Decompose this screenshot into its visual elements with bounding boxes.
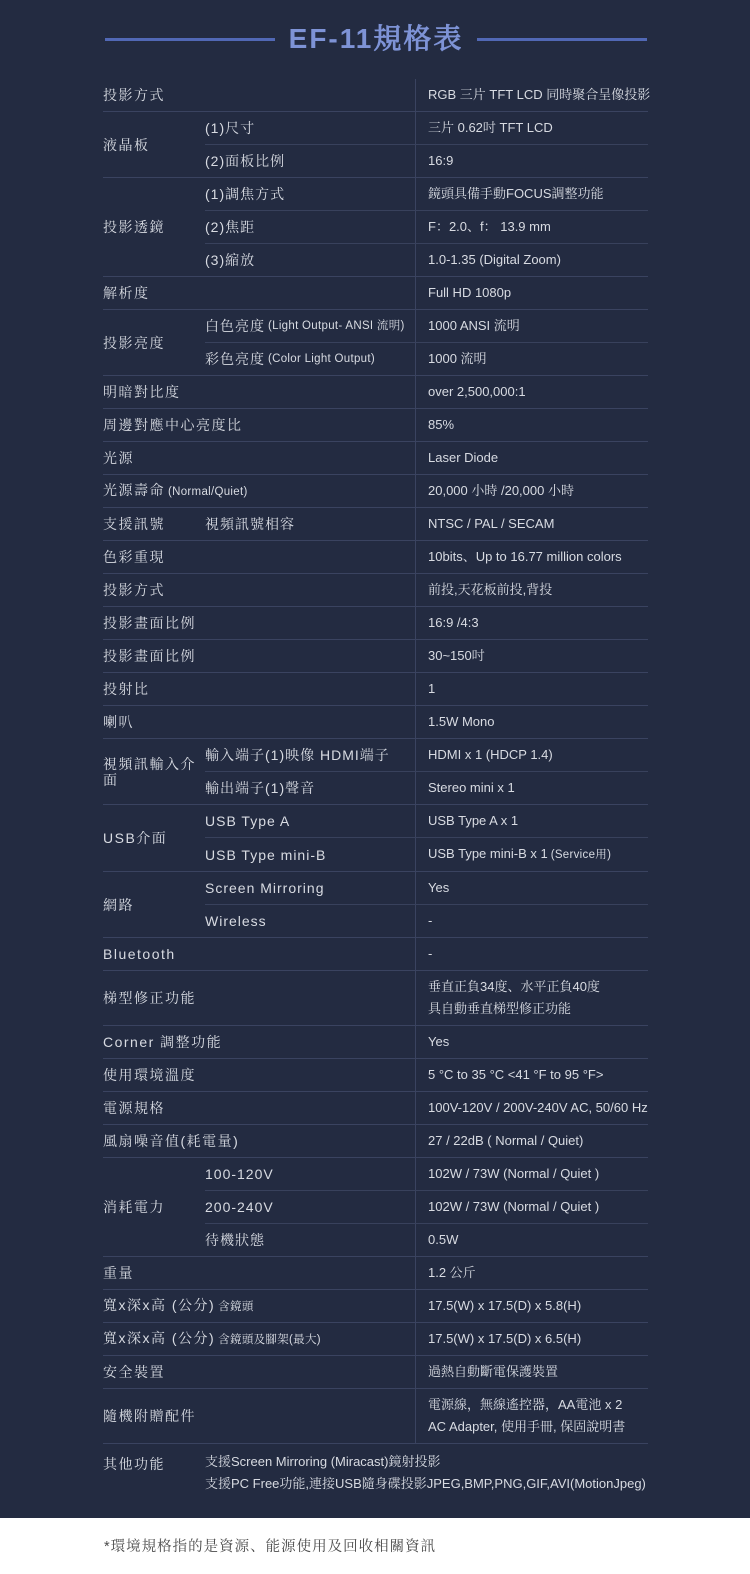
row-label-text-wrap: 支援訊號: [103, 516, 165, 532]
row-label-text: 寬x深x高 (公分): [103, 1297, 215, 1313]
value-main: Stereo mini x 1: [428, 780, 515, 795]
row-label-text-wrap: 風扇噪音值(耗電量): [103, 1133, 239, 1149]
value-text: 1.2 公斤: [428, 1265, 648, 1281]
spec-group: 色彩重現10bits、Up to 16.77 million colors: [103, 541, 648, 574]
table-row: (1)調焦方式鏡頭具備手動FOCUS調整功能: [205, 178, 648, 210]
value-cell: 0.5W: [415, 1224, 648, 1256]
row-label-text: Corner 調整功能: [103, 1034, 222, 1050]
row-label-text: 支援訊號: [103, 516, 165, 532]
row-label: 梯型修正功能: [103, 971, 415, 1025]
row-label: 喇叭: [103, 706, 415, 738]
value-main: 1: [428, 681, 435, 696]
table-row: (1)尺寸三片 0.62吋 TFT LCD: [205, 112, 648, 144]
row-label-text-wrap: 隨機附贈配件: [103, 1408, 196, 1424]
group-rows: 1.2 公斤: [415, 1257, 648, 1289]
value-text: 102W / 73W (Normal / Quiet ): [428, 1166, 648, 1182]
value-main: Yes: [428, 880, 449, 895]
spec-table: 投影方式RGB 三片 TFT LCD 同時聚合呈像投影液晶板(1)尺寸三片 0.…: [103, 79, 648, 1444]
sub-label: 白色亮度(Light Output- ANSI 流明): [205, 310, 415, 342]
value-main: 30~150吋: [428, 648, 485, 663]
table-row: (2)焦距F：2.0、f： 13.9 mm: [205, 210, 648, 243]
row-label-text-wrap: 重量: [103, 1265, 134, 1281]
table-row: (2)面板比例16:9: [205, 144, 648, 177]
value-main: 10bits、Up to 16.77 million colors: [428, 549, 622, 564]
row-label: 光源壽命(Normal/Quiet): [103, 475, 415, 507]
spec-group: 光源Laser Diode: [103, 442, 648, 475]
value-main: Full HD 1080p: [428, 285, 511, 300]
spec-group: 支援訊號視頻訊號相容NTSC / PAL / SECAM: [103, 508, 648, 541]
table-row: USB Type mini-BUSB Type mini-B x 1(Servi…: [205, 837, 648, 871]
value-cell: 1000 流明: [415, 343, 648, 375]
row-label-text: 網路: [103, 897, 134, 913]
row-label: 色彩重現: [103, 541, 415, 573]
row-label: 支援訊號: [103, 508, 205, 540]
sub-label-text: 輸入端子(1)映像 HDMI端子: [205, 747, 390, 763]
row-label-text: 視頻訊輸入介面: [103, 756, 196, 788]
row-label: 寬x深x高 (公分)含鏡頭: [103, 1290, 415, 1322]
value-main: 27 / 22dB ( Normal / Quiet): [428, 1133, 583, 1148]
row-label: USB介面: [103, 805, 205, 871]
value-cell: NTSC / PAL / SECAM: [415, 508, 648, 540]
table-row: 待機狀態0.5W: [205, 1223, 648, 1256]
value-text: HDMI x 1 (HDCP 1.4): [428, 747, 648, 763]
spec-group: 投影亮度白色亮度(Light Output- ANSI 流明)1000 ANSI…: [103, 310, 648, 376]
table-row: 過熱自動斷電保護裝置: [415, 1356, 648, 1388]
value-text: 10bits、Up to 16.77 million colors: [428, 549, 648, 565]
spec-group: 電源規格100V-120V / 200V-240V AC, 50/60 Hz: [103, 1092, 648, 1125]
value-main: HDMI x 1 (HDCP 1.4): [428, 747, 553, 762]
other-feature-line: 支援PC Free功能,連接USB隨身碟投影JPEG,BMP,PNG,GIF,A…: [205, 1473, 648, 1495]
value-cell: Yes: [415, 1026, 648, 1058]
group-rows: 1: [415, 673, 648, 705]
sub-label: (2)焦距: [205, 211, 415, 243]
row-label-text: 解析度: [103, 285, 150, 301]
table-row: 電源線，無線遙控器，AA電池 x 2AC Adapter, 使用手冊, 保固說明…: [415, 1389, 648, 1443]
value-main: 20,000 小時 /20,000 小時: [428, 483, 574, 498]
value-text: Stereo mini x 1: [428, 780, 648, 796]
group-rows: 100V-120V / 200V-240V AC, 50/60 Hz: [415, 1092, 648, 1124]
sub-label-text: 待機狀態: [205, 1232, 265, 1248]
value-text: 30~150吋: [428, 648, 648, 664]
value-cell: 鏡頭具備手動FOCUS調整功能: [415, 178, 648, 210]
value-cell: 20,000 小時 /20,000 小時: [415, 475, 648, 507]
value-text: 1: [428, 681, 648, 697]
row-label-text-wrap: 投影方式: [103, 87, 165, 103]
table-row: 17.5(W) x 17.5(D) x 6.5(H): [415, 1323, 648, 1355]
value-cell: 1.0-1.35 (Digital Zoom): [415, 244, 648, 276]
row-label-text-wrap: 梯型修正功能: [103, 990, 196, 1006]
value-cell: Full HD 1080p: [415, 277, 648, 309]
value-cell: 27 / 22dB ( Normal / Quiet): [415, 1125, 648, 1157]
value-text: 0.5W: [428, 1232, 648, 1248]
table-row: RGB 三片 TFT LCD 同時聚合呈像投影: [415, 79, 650, 111]
value-cell: USB Type A x 1: [415, 805, 648, 837]
other-features-label: 其他功能: [103, 1451, 205, 1495]
table-row: USB Type AUSB Type A x 1: [205, 805, 648, 837]
row-label-text: 隨機附贈配件: [103, 1408, 196, 1424]
group-rows: 視頻訊號相容NTSC / PAL / SECAM: [205, 508, 648, 540]
value-cell: 100V-120V / 200V-240V AC, 50/60 Hz: [415, 1092, 648, 1124]
spec-group: 投影畫面比例30~150吋: [103, 640, 648, 673]
spec-group: USB介面USB Type AUSB Type A x 1USB Type mi…: [103, 805, 648, 872]
value-text: 16:9: [428, 153, 648, 169]
value-cell: 前投,天花板前投,背投: [415, 574, 648, 606]
value-main: 85%: [428, 417, 454, 432]
row-label-text: 明暗對比度: [103, 384, 181, 400]
value-main: USB Type A x 1: [428, 813, 518, 828]
value-main: -: [428, 913, 432, 928]
sub-label-small: (Color Light Output): [268, 351, 375, 367]
row-label-text: 重量: [103, 1265, 134, 1281]
value-text: over 2,500,000:1: [428, 384, 648, 400]
value-main: 17.5(W) x 17.5(D) x 5.8(H): [428, 1298, 581, 1313]
row-label-text: 投影方式: [103, 582, 165, 598]
group-rows: 20,000 小時 /20,000 小時: [415, 475, 648, 507]
spec-group: Corner 調整功能Yes: [103, 1026, 648, 1059]
row-label: 風扇噪音值(耗電量): [103, 1125, 415, 1157]
group-rows: 電源線，無線遙控器，AA電池 x 2AC Adapter, 使用手冊, 保固說明…: [415, 1389, 648, 1443]
spec-group: 投影畫面比例16:9 /4:3: [103, 607, 648, 640]
value-cell: Laser Diode: [415, 442, 648, 474]
row-label-text-wrap: 色彩重現: [103, 549, 165, 565]
value-text: 鏡頭具備手動FOCUS調整功能: [428, 186, 648, 202]
row-label-text: 投影透鏡: [103, 219, 165, 235]
group-rows: Full HD 1080p: [415, 277, 648, 309]
row-label-small: 含鏡頭及腳架(最大): [218, 1334, 321, 1346]
group-rows: RGB 三片 TFT LCD 同時聚合呈像投影: [415, 79, 650, 111]
group-rows: 30~150吋: [415, 640, 648, 672]
value-cell: 16:9: [415, 145, 648, 177]
group-rows: 輸入端子(1)映像 HDMI端子HDMI x 1 (HDCP 1.4)輸出端子(…: [205, 739, 648, 804]
row-label-text: 喇叭: [103, 714, 134, 730]
row-label: 網路: [103, 872, 205, 937]
value-text: 16:9 /4:3: [428, 615, 648, 631]
value-text-line2: 具自動垂直梯型修正功能: [428, 1001, 648, 1017]
value-text: 1.5W Mono: [428, 714, 648, 730]
row-label-text: 梯型修正功能: [103, 990, 196, 1006]
group-rows: 27 / 22dB ( Normal / Quiet): [415, 1125, 648, 1157]
sub-label-text: (2)焦距: [205, 219, 255, 235]
row-label: 安全裝置: [103, 1356, 415, 1388]
sub-label: Screen Mirroring: [205, 872, 415, 904]
value-cell: 1.2 公斤: [415, 1257, 648, 1289]
group-rows: 100-120V102W / 73W (Normal / Quiet )200-…: [205, 1158, 648, 1256]
value-main: 前投,天花板前投,背投: [428, 582, 552, 597]
row-label-text: 投影畫面比例: [103, 615, 196, 631]
value-main: USB Type mini-B x 1: [428, 846, 548, 861]
sub-label: (2)面板比例: [205, 145, 415, 177]
value-text: 27 / 22dB ( Normal / Quiet): [428, 1133, 648, 1149]
row-label-text: 投影畫面比例: [103, 648, 196, 664]
spec-group: 消耗電力100-120V102W / 73W (Normal / Quiet )…: [103, 1158, 648, 1257]
value-text: 1000 ANSI 流明: [428, 318, 648, 334]
row-label: 消耗電力: [103, 1158, 205, 1256]
value-main: 三片 0.62吋 TFT LCD: [428, 120, 553, 135]
row-label-small: (Normal/Quiet): [168, 486, 248, 498]
value-text: NTSC / PAL / SECAM: [428, 516, 648, 532]
value-text: -: [428, 913, 648, 929]
spec-group: 風扇噪音值(耗電量)27 / 22dB ( Normal / Quiet): [103, 1125, 648, 1158]
table-row: 30~150吋: [415, 640, 648, 672]
sub-label-text: 彩色亮度: [205, 351, 265, 367]
row-label-text-wrap: 消耗電力: [103, 1199, 165, 1215]
value-cell: 1.5W Mono: [415, 706, 648, 738]
row-label: 視頻訊輸入介面: [103, 739, 205, 804]
table-row: 輸入端子(1)映像 HDMI端子HDMI x 1 (HDCP 1.4): [205, 739, 648, 771]
value-cell: 三片 0.62吋 TFT LCD: [415, 112, 648, 144]
group-rows: 85%: [415, 409, 648, 441]
value-text: 1000 流明: [428, 351, 648, 367]
spec-group: 周邊對應中心亮度比85%: [103, 409, 648, 442]
row-label: 投影亮度: [103, 310, 205, 375]
sub-label-text: 白色亮度: [205, 318, 265, 334]
sub-label-text: (1)尺寸: [205, 120, 255, 136]
row-label-small: 含鏡頭: [218, 1301, 253, 1313]
value-main: 1.2 公斤: [428, 1265, 476, 1280]
value-main: 垂直正負34度、水平正負40度: [428, 979, 600, 994]
row-label-text-wrap: 投影透鏡: [103, 219, 165, 235]
row-label: 投影方式: [103, 79, 415, 111]
value-text: RGB 三片 TFT LCD 同時聚合呈像投影: [428, 87, 650, 103]
sub-label: 100-120V: [205, 1158, 415, 1190]
sub-label-text: Screen Mirroring: [205, 880, 324, 896]
table-row: (3)縮放1.0-1.35 (Digital Zoom): [205, 243, 648, 276]
row-label-text-wrap: 投影畫面比例: [103, 648, 196, 664]
value-main: F：2.0、f： 13.9 mm: [428, 219, 551, 234]
group-rows: Laser Diode: [415, 442, 648, 474]
row-label-text: 周邊對應中心亮度比: [103, 417, 243, 433]
table-row: 100-120V102W / 73W (Normal / Quiet ): [205, 1158, 648, 1190]
value-cell: 16:9 /4:3: [415, 607, 648, 639]
sub-label: (1)調焦方式: [205, 178, 415, 210]
value-cell: -: [415, 905, 648, 937]
value-text: 三片 0.62吋 TFT LCD: [428, 120, 648, 136]
title-line-left: [105, 38, 275, 41]
row-label-text-wrap: 視頻訊輸入介面: [103, 756, 205, 788]
table-row: over 2,500,000:1: [415, 376, 648, 408]
value-main: 102W / 73W (Normal / Quiet ): [428, 1199, 599, 1214]
value-main: 電源線，無線遙控器，AA電池 x 2: [428, 1397, 622, 1412]
sub-label: 待機狀態: [205, 1224, 415, 1256]
value-main: 1.0-1.35 (Digital Zoom): [428, 252, 561, 267]
spec-group: 隨機附贈配件電源線，無線遙控器，AA電池 x 2AC Adapter, 使用手冊…: [103, 1389, 648, 1444]
value-text: 17.5(W) x 17.5(D) x 5.8(H): [428, 1298, 648, 1314]
sub-label-text: 視頻訊號相容: [205, 516, 295, 532]
spec-group: 投射比1: [103, 673, 648, 706]
row-label-text: 光源壽命: [103, 482, 165, 498]
value-main: 102W / 73W (Normal / Quiet ): [428, 1166, 599, 1181]
spec-group: 視頻訊輸入介面輸入端子(1)映像 HDMI端子HDMI x 1 (HDCP 1.…: [103, 739, 648, 805]
row-label-text-wrap: Corner 調整功能: [103, 1034, 222, 1050]
table-row: 1.5W Mono: [415, 706, 648, 738]
value-main: 16:9: [428, 153, 453, 168]
row-label-text-wrap: 投影方式: [103, 582, 165, 598]
sub-label: (1)尺寸: [205, 112, 415, 144]
value-main: NTSC / PAL / SECAM: [428, 516, 554, 531]
spec-group: 寬x深x高 (公分)含鏡頭17.5(W) x 17.5(D) x 5.8(H): [103, 1290, 648, 1323]
value-text: Yes: [428, 1034, 648, 1050]
row-label-text: 投射比: [103, 681, 150, 697]
value-main: 16:9 /4:3: [428, 615, 479, 630]
value-cell: 17.5(W) x 17.5(D) x 6.5(H): [415, 1323, 648, 1355]
group-rows: (1)調焦方式鏡頭具備手動FOCUS調整功能(2)焦距F：2.0、f： 13.9…: [205, 178, 648, 276]
value-text: 85%: [428, 417, 648, 433]
group-rows: 16:9 /4:3: [415, 607, 648, 639]
value-text: 1.0-1.35 (Digital Zoom): [428, 252, 648, 268]
row-label-text-wrap: Bluetooth: [103, 946, 176, 962]
value-cell: 10bits、Up to 16.77 million colors: [415, 541, 648, 573]
table-row: 10bits、Up to 16.77 million colors: [415, 541, 648, 573]
spec-group: 投影透鏡(1)調焦方式鏡頭具備手動FOCUS調整功能(2)焦距F：2.0、f： …: [103, 178, 648, 277]
row-label-text: Bluetooth: [103, 946, 176, 962]
spec-group: 投影方式RGB 三片 TFT LCD 同時聚合呈像投影: [103, 79, 648, 112]
row-label-text-wrap: 安全裝置: [103, 1364, 165, 1380]
group-rows: USB Type AUSB Type A x 1USB Type mini-BU…: [205, 805, 648, 871]
group-rows: 前投,天花板前投,背投: [415, 574, 648, 606]
sub-label: Wireless: [205, 905, 415, 937]
value-cell: 102W / 73W (Normal / Quiet ): [415, 1158, 648, 1190]
group-rows: 垂直正負34度、水平正負40度具自動垂直梯型修正功能: [415, 971, 648, 1025]
row-label: 投影畫面比例: [103, 640, 415, 672]
table-row: 16:9 /4:3: [415, 607, 648, 639]
value-cell: 過熱自動斷電保護裝置: [415, 1356, 648, 1388]
table-row: Laser Diode: [415, 442, 648, 474]
row-label-text-wrap: 使用環境溫度: [103, 1067, 196, 1083]
table-row: 白色亮度(Light Output- ANSI 流明)1000 ANSI 流明: [205, 310, 648, 342]
row-label: 投影畫面比例: [103, 607, 415, 639]
table-row: 1.2 公斤: [415, 1257, 648, 1289]
group-rows: 10bits、Up to 16.77 million colors: [415, 541, 648, 573]
value-text: 過熱自動斷電保護裝置: [428, 1364, 648, 1380]
sub-label-small: (Light Output- ANSI 流明): [268, 318, 405, 334]
value-cell: USB Type mini-B x 1(Service用): [415, 838, 648, 871]
value-cell: 5 °C to 35 °C <41 °F to 95 °F>: [415, 1059, 648, 1091]
row-label-text-wrap: 寬x深x高 (公分)含鏡頭: [103, 1297, 254, 1315]
value-text: 垂直正負34度、水平正負40度: [428, 979, 648, 995]
other-features-lines: 支援Screen Mirroring (Miracast)鏡射投影 支援PC F…: [205, 1451, 648, 1495]
spec-group: Bluetooth-: [103, 938, 648, 971]
value-main: over 2,500,000:1: [428, 384, 526, 399]
other-features-section: 其他功能 支援Screen Mirroring (Miracast)鏡射投影 支…: [103, 1444, 648, 1508]
spec-group: 使用環境溫度5 °C to 35 °C <41 °F to 95 °F>: [103, 1059, 648, 1092]
sub-label: (3)縮放: [205, 244, 415, 276]
value-main: Yes: [428, 1034, 449, 1049]
sub-label-text: Wireless: [205, 913, 267, 929]
value-cell: 17.5(W) x 17.5(D) x 5.8(H): [415, 1290, 648, 1322]
row-label: 電源規格: [103, 1092, 415, 1124]
group-rows: Yes: [415, 1026, 648, 1058]
row-label-text-wrap: 電源規格: [103, 1100, 165, 1116]
table-row: 輸出端子(1)聲音Stereo mini x 1: [205, 771, 648, 804]
row-label: 光源: [103, 442, 415, 474]
table-row: Full HD 1080p: [415, 277, 648, 309]
page-title: EF-11規格表: [275, 24, 478, 54]
group-rows: 5 °C to 35 °C <41 °F to 95 °F>: [415, 1059, 648, 1091]
table-row: 1: [415, 673, 648, 705]
title-line-right: [477, 38, 647, 41]
sub-label: 彩色亮度(Color Light Output): [205, 343, 415, 375]
value-main: 1.5W Mono: [428, 714, 494, 729]
table-row: Screen MirroringYes: [205, 872, 648, 904]
value-cell: -: [415, 938, 648, 970]
row-label-text-wrap: 光源: [103, 450, 134, 466]
row-label-text-wrap: 網路: [103, 897, 134, 913]
value-main: 5 °C to 35 °C <41 °F to 95 °F>: [428, 1067, 603, 1082]
sub-label-text: USB Type mini-B: [205, 847, 326, 863]
value-text: -: [428, 946, 648, 962]
value-text: 17.5(W) x 17.5(D) x 6.5(H): [428, 1331, 648, 1347]
row-label-text-wrap: 液晶板: [103, 137, 150, 153]
row-label-text: 投影亮度: [103, 335, 165, 351]
row-label: 隨機附贈配件: [103, 1389, 415, 1443]
sub-label-text: (2)面板比例: [205, 153, 285, 169]
value-text-line2: AC Adapter, 使用手冊, 保固說明書: [428, 1419, 648, 1435]
spec-group: 網路Screen MirroringYesWireless-: [103, 872, 648, 938]
spec-group: 液晶板(1)尺寸三片 0.62吋 TFT LCD(2)面板比例16:9: [103, 112, 648, 178]
row-label: 投影透鏡: [103, 178, 205, 276]
spec-group: 重量1.2 公斤: [103, 1257, 648, 1290]
group-rows: 1.5W Mono: [415, 706, 648, 738]
value-text: 電源線，無線遙控器，AA電池 x 2: [428, 1397, 648, 1413]
value-text: F：2.0、f： 13.9 mm: [428, 219, 648, 235]
value-cell: 垂直正負34度、水平正負40度具自動垂直梯型修正功能: [415, 971, 648, 1025]
row-label: 重量: [103, 1257, 415, 1289]
sub-label-text: 輸出端子(1)聲音: [205, 780, 315, 796]
value-cell: 電源線，無線遙控器，AA電池 x 2AC Adapter, 使用手冊, 保固說明…: [415, 1389, 648, 1443]
spec-group: 喇叭1.5W Mono: [103, 706, 648, 739]
row-label-text-wrap: 投影亮度: [103, 335, 165, 351]
value-text: Yes: [428, 880, 648, 896]
row-label-text-wrap: 喇叭: [103, 714, 134, 730]
value-main: 過熱自動斷電保護裝置: [428, 1364, 558, 1379]
value-small: (Service用): [551, 849, 612, 861]
table-row: 200-240V102W / 73W (Normal / Quiet ): [205, 1190, 648, 1223]
value-cell: 85%: [415, 409, 648, 441]
group-rows: 17.5(W) x 17.5(D) x 6.5(H): [415, 1323, 648, 1355]
value-text: Full HD 1080p: [428, 285, 648, 301]
table-row: 27 / 22dB ( Normal / Quiet): [415, 1125, 648, 1157]
value-cell: Stereo mini x 1: [415, 772, 648, 804]
row-label-text: 消耗電力: [103, 1199, 165, 1215]
row-label: Corner 調整功能: [103, 1026, 415, 1058]
value-cell: 1000 ANSI 流明: [415, 310, 648, 342]
value-text: 5 °C to 35 °C <41 °F to 95 °F>: [428, 1067, 648, 1083]
row-label: 解析度: [103, 277, 415, 309]
row-label-text-wrap: 解析度: [103, 285, 150, 301]
group-rows: 17.5(W) x 17.5(D) x 5.8(H): [415, 1290, 648, 1322]
value-text: Laser Diode: [428, 450, 648, 466]
table-row: 100V-120V / 200V-240V AC, 50/60 Hz: [415, 1092, 648, 1124]
row-label-text-wrap: 投射比: [103, 681, 150, 697]
table-row: Yes: [415, 1026, 648, 1058]
value-main: 100V-120V / 200V-240V AC, 50/60 Hz: [428, 1100, 648, 1115]
group-rows: Screen MirroringYesWireless-: [205, 872, 648, 937]
row-label: 使用環境溫度: [103, 1059, 415, 1091]
value-main: 17.5(W) x 17.5(D) x 6.5(H): [428, 1331, 581, 1346]
value-main: RGB 三片 TFT LCD 同時聚合呈像投影: [428, 87, 650, 102]
group-rows: over 2,500,000:1: [415, 376, 648, 408]
table-row: 前投,天花板前投,背投: [415, 574, 648, 606]
sub-label-text: (1)調焦方式: [205, 186, 285, 202]
spec-group: 安全裝置過熱自動斷電保護裝置: [103, 1356, 648, 1389]
group-rows: 過熱自動斷電保護裝置: [415, 1356, 648, 1388]
spec-group: 明暗對比度over 2,500,000:1: [103, 376, 648, 409]
row-label-text: 使用環境溫度: [103, 1067, 196, 1083]
sub-label: USB Type mini-B: [205, 838, 415, 871]
spec-sheet-panel: EF-11規格表 投影方式RGB 三片 TFT LCD 同時聚合呈像投影液晶板(…: [0, 0, 750, 1518]
table-row: 垂直正負34度、水平正負40度具自動垂直梯型修正功能: [415, 971, 648, 1025]
row-label-text: 風扇噪音值(耗電量): [103, 1133, 239, 1149]
